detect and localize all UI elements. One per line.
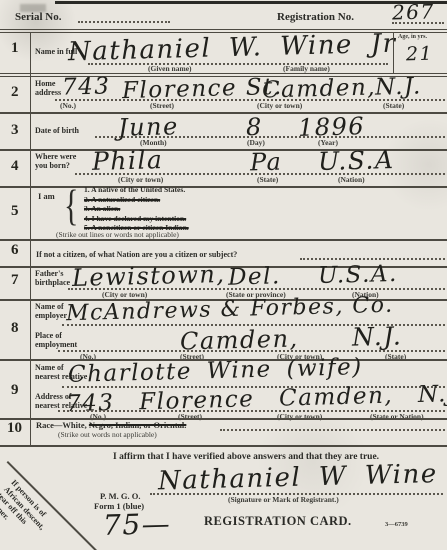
card-title: REGISTRATION CARD. (204, 515, 352, 529)
scan-edge-top (55, 1, 447, 4)
serial-blank-line (78, 21, 170, 23)
row3-number: 3 (11, 122, 19, 139)
row2-label: Home address (35, 80, 61, 98)
citizenship-item-2: 2. A naturalized citizen. (84, 195, 189, 205)
corner-note: If person is of African descent, tear of… (0, 478, 54, 545)
row8-place-label: Place of employment (35, 332, 77, 350)
row6-number: 6 (11, 242, 19, 259)
birthplace-nation: U.S.A (318, 145, 395, 176)
row9-number: 9 (11, 382, 19, 399)
row6-blank-line (300, 258, 445, 260)
row5-rule (0, 239, 447, 241)
row8-employer-label: Name of employer (35, 303, 67, 321)
citizenship-item-1: 1. A native of the United States. (84, 185, 189, 195)
row2-sub-city: (City or town) (257, 101, 302, 110)
serial-label: Serial No. (15, 11, 61, 23)
row4-sub-nation: (Nation) (338, 175, 365, 184)
row4-label: Where were you born? (35, 153, 76, 171)
father-birthplace-nation: U.S.A. (318, 261, 398, 289)
row9-sub-state: (State or Nation) (370, 412, 424, 421)
row2-rule (0, 112, 447, 114)
print-code: 3—6739 (385, 521, 408, 528)
race-prefix: Race—White, (36, 420, 87, 430)
race-note: (Strike out words not applicable) (58, 430, 157, 439)
row3-sub-day: (Day) (247, 138, 265, 147)
handwritten-number: 75— (103, 507, 172, 542)
race-line: Race—White, Negro, Indian, or Oriental. (36, 421, 186, 430)
brace-icon: { (64, 182, 78, 231)
age-column-rule (393, 32, 394, 74)
citizenship-items: 1. A native of the United States. 2. A n… (84, 185, 189, 233)
signature-value: Nathaniel W Wine Jr. (158, 458, 447, 497)
row1-sub-given: (Given name) (148, 64, 192, 73)
row2-sub-street: (Street) (150, 101, 174, 110)
row7-sub-city: (City or town) (102, 290, 147, 299)
registration-card: Serial No. Registration No. 267 1 Name i… (0, 0, 447, 550)
row7-label: Father's birthplace (35, 270, 70, 288)
row1-entry-line (88, 63, 388, 65)
age-value: 21 (406, 43, 434, 66)
registration-label: Registration No. (277, 11, 354, 23)
row1-sub-family: (Family name) (283, 64, 330, 73)
name-value: Nathaniel W. Wine Jr (68, 29, 397, 68)
citizenship-item-4: 4. I have declared my intention. (84, 214, 189, 224)
row9-sub-city: (City or town) (277, 412, 322, 421)
citizenship-item-3: 3. An alien. (84, 204, 189, 214)
employment-place-state: N.J. (352, 321, 403, 351)
age-label: Age, in yrs. (398, 34, 427, 40)
birthplace-city: Phila (92, 145, 164, 176)
row2-sub-state: (State) (383, 101, 404, 110)
row2-sub-no: (No.) (60, 101, 76, 110)
row10-number: 10 (7, 420, 22, 437)
row4-number: 4 (11, 158, 19, 175)
row5-label: I am (38, 192, 55, 201)
row10-rule (0, 445, 447, 447)
pmgo-text: P. M. G. O. (100, 492, 141, 501)
row3-label: Date of birth (35, 127, 79, 136)
row6-question: If not a citizen, of what Nation are you… (36, 251, 237, 260)
row1-number: 1 (11, 40, 19, 57)
row8-number: 8 (11, 320, 19, 337)
row7-number: 7 (11, 272, 19, 289)
signature-label: (Signature or Mark of Registrant.) (228, 495, 339, 504)
home-address-no: 743 (62, 73, 111, 100)
race-blank-line (220, 429, 445, 431)
registration-number-value: 267 (392, 0, 435, 25)
father-birthplace-state: Del. (228, 263, 281, 290)
row5-number: 5 (11, 203, 19, 220)
row2-number: 2 (11, 84, 19, 101)
row4-sub-state: (State) (257, 175, 278, 184)
home-address-state: N.J. (375, 73, 422, 100)
row5-note: (Strike out lines or words not applicabl… (56, 230, 179, 239)
registration-blank-line (392, 22, 444, 24)
race-struck-options: Negro, Indian, or Oriental. (89, 420, 186, 430)
row4-sub-city: (City or town) (118, 175, 163, 184)
